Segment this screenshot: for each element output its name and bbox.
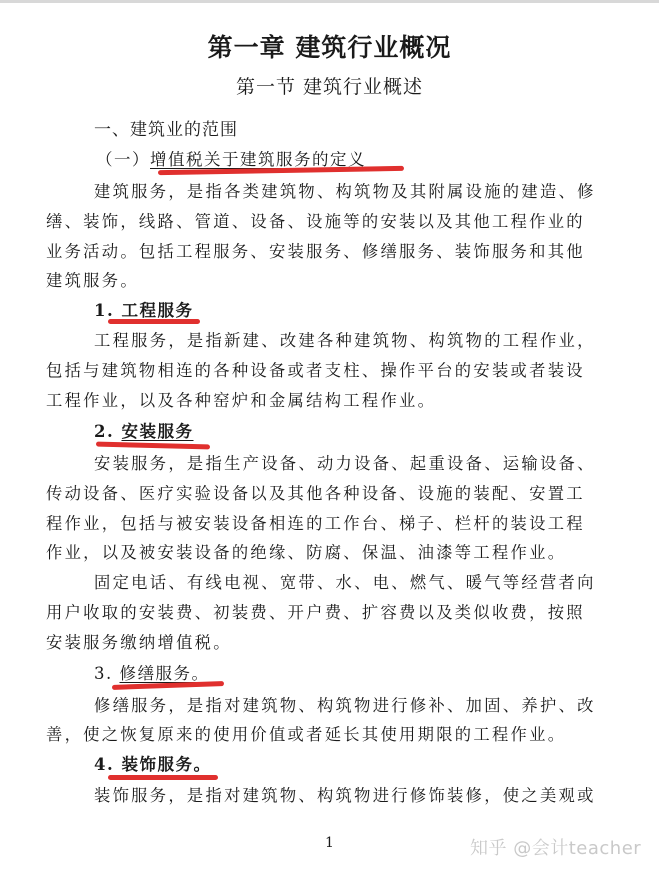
paragraph-line: 装饰服务，是指对建筑物、构筑物进行修饰装修，使之美观或	[94, 782, 596, 806]
item-title: 装饰服务。	[121, 755, 211, 774]
item-number: 3.	[94, 664, 113, 683]
paragraph-line: 建筑服务。	[46, 267, 139, 291]
paragraph-line: 程作业，包括与被安装设备相连的工作台、梯子、栏杆的装设工程	[46, 510, 585, 534]
paragraph-line: 业务活动。包括工程服务、安装服务、修缮服务、装饰服务和其他	[46, 238, 585, 262]
paragraph-line: 固定电话、有线电视、宽带、水、电、燃气、暖气等经营者向	[94, 569, 596, 593]
item-heading-engineering: 1. 工程服务	[94, 297, 193, 321]
red-underline-mark	[108, 775, 218, 780]
paragraph-line: 安装服务缴纳增值税。	[46, 629, 232, 653]
item-heading-decoration: 4. 装饰服务。	[94, 751, 211, 775]
item-number: 2.	[94, 422, 114, 441]
paragraph-line: 安装服务，是指生产设备、动力设备、起重设备、运输设备、	[94, 450, 596, 474]
subheading-prefix: （一）	[96, 150, 150, 169]
paragraph-line: 工程服务，是指新建、改建各种建筑物、构筑物的工程作业，	[94, 327, 596, 351]
paragraph-line: 善，使之恢复原来的使用价值或者延长其使用期限的工程作业。	[46, 721, 566, 745]
chapter-title: 第一章 建筑行业概况	[0, 28, 659, 64]
item-heading-installation: 2. 安装服务	[94, 418, 193, 442]
paragraph-line: 传动设备、医疗实验设备以及其他各种设备、设施的装配、安置工	[46, 480, 585, 504]
paragraph-line: 用户收取的安装费、初装费、开户费、扩容费以及类似收费，按照	[46, 599, 585, 623]
red-underline-mark	[108, 319, 200, 324]
paragraph-line: 缮、装饰，线路、管道、设备、设施等的安装以及其他工程作业的	[46, 208, 585, 232]
paragraph-line: 建筑服务，是指各类建筑物、构筑物及其附属设施的建造、修	[94, 178, 596, 202]
watermark: 知乎 @会计teacher	[470, 834, 641, 860]
section-title: 第一节 建筑行业概述	[0, 72, 659, 99]
item-title: 安装服务	[121, 422, 193, 441]
top-edge	[0, 0, 659, 3]
red-underline-mark	[96, 442, 210, 450]
item-heading-repair: 3. 修缮服务。	[94, 660, 210, 684]
paragraph-line: 包括与建筑物相连的各种设备或者支柱、操作平台的安装或者装设	[46, 357, 585, 381]
paragraph-line: 工程作业，以及各种窑炉和金属结构工程作业。	[46, 387, 436, 411]
item-number: 4.	[94, 755, 114, 774]
paragraph-line: 作业，以及被安装设备的绝缘、防腐、保温、油漆等工程作业。	[46, 539, 566, 563]
item-number: 1.	[94, 301, 114, 320]
item-title: 工程服务	[121, 301, 193, 320]
paragraph-line: 修缮服务，是指对建筑物、构筑物进行修补、加固、养护、改	[94, 692, 596, 716]
item-title: 修缮服务。	[120, 664, 210, 683]
heading-scope: 一、建筑业的范围	[94, 115, 238, 140]
